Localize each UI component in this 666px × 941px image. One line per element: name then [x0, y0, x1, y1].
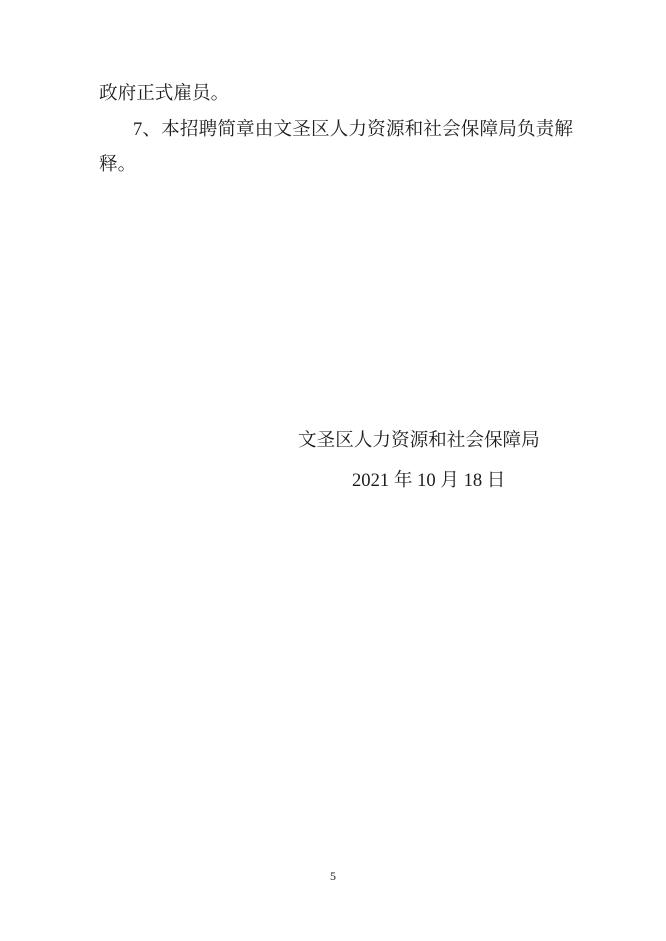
- signature-organization: 文圣区人力资源和社会保障局: [298, 427, 540, 455]
- page-number: 5: [0, 869, 666, 883]
- document-page: 政府正式雇员。 7、本招聘简章由文圣区人力资源和社会保障局负责解释。 文圣区人力…: [0, 0, 666, 941]
- paragraph-item-7: 7、本招聘简章由文圣区人力资源和社会保障局负责解释。: [99, 112, 573, 183]
- paragraph-continuation: 政府正式雇员。: [99, 76, 573, 112]
- document-body: 政府正式雇员。 7、本招聘简章由文圣区人力资源和社会保障局负责解释。: [99, 76, 573, 183]
- signature-date: 2021 年 10 月 18 日: [352, 467, 505, 495]
